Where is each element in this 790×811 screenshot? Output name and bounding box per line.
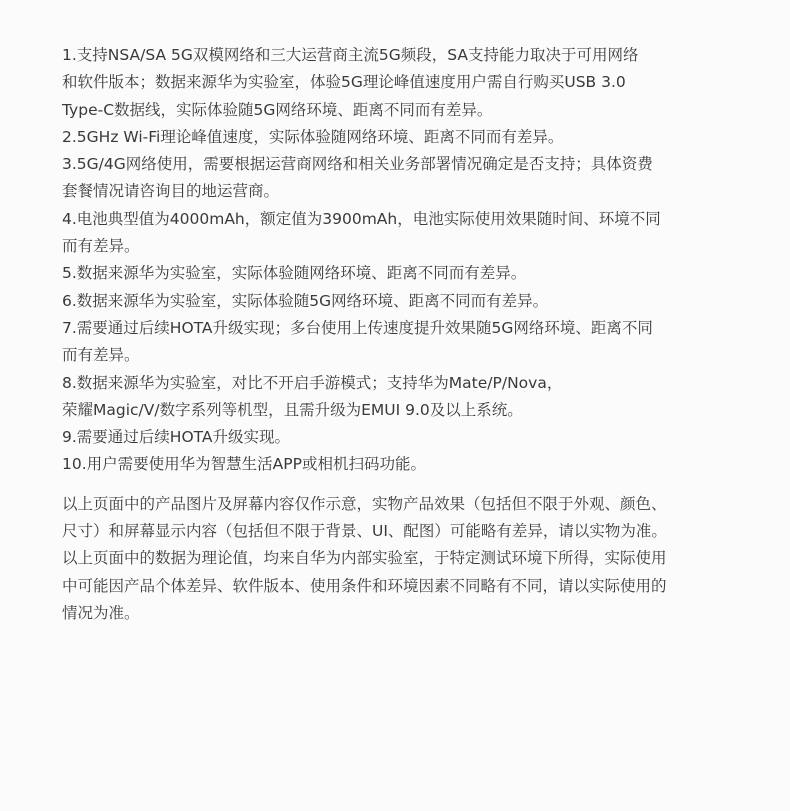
- footnote-line: 荣耀Magic/V/数字系列等机型，且需升级为EMUI 9.0及以上系统。: [78, 397, 742, 424]
- footnote-line: 1.支持NSA/SA 5G双模网络和三大运营商主流5G频段，SA支持能力取决于可…: [78, 42, 742, 69]
- disclaimer-line: 中可能因产品个体差异、软件版本、使用条件和环境因素不同略有不同，请以实际使用的: [62, 573, 742, 600]
- disclaimer-line: 情况为准。: [62, 600, 742, 627]
- disclaimer-paragraph: 以上页面中的产品图片及屏幕内容仅作示意，实物产品效果（包括但不限于外观、颜色、 …: [62, 491, 742, 627]
- footnote-line: 6.数据来源华为实验室，实际体验随5G网络环境、距离不同而有差异。: [78, 288, 742, 315]
- footnote-line: 而有差异。: [78, 233, 742, 260]
- footnote-10: 10.用户需要使用华为智慧生活APP或相机扫码功能。: [62, 451, 742, 478]
- footnote-line: 3.5G/4G网络使用，需要根据运营商网络和相关业务部署情况确定是否支持；具体资…: [78, 151, 742, 178]
- footnote-line: 4.电池典型值为4000mAh，额定值为3900mAh，电池实际使用效果随时间、…: [78, 206, 742, 233]
- footnote-line: 2.5GHz Wi-Fi理论峰值速度，实际体验随网络环境、距离不同而有差异。: [78, 124, 742, 151]
- footnote-line: 而有差异。: [78, 342, 742, 369]
- footnote-line: 8.数据来源华为实验室，对比不开启手游模式；支持华为Mate/P/Nova，: [78, 370, 742, 397]
- footnote-list: 1.支持NSA/SA 5G双模网络和三大运营商主流5G频段，SA支持能力取决于可…: [62, 42, 742, 479]
- footnote-2: 2.5GHz Wi-Fi理论峰值速度，实际体验随网络环境、距离不同而有差异。: [62, 124, 742, 151]
- footnote-7: 7.需要通过后续HOTA升级实现；多台使用上传速度提升效果随5G网络环境、距离不…: [62, 315, 742, 370]
- footnote-9: 9.需要通过后续HOTA升级实现。: [62, 424, 742, 451]
- footnote-line: Type-C数据线，实际体验随5G网络环境、距离不同而有差异。: [78, 97, 742, 124]
- footnote-1: 1.支持NSA/SA 5G双模网络和三大运营商主流5G频段，SA支持能力取决于可…: [62, 42, 742, 124]
- footnotes-section: 1.支持NSA/SA 5G双模网络和三大运营商主流5G频段，SA支持能力取决于可…: [62, 42, 742, 627]
- footnote-line: 和软件版本；数据来源华为实验室，体验5G理论峰值速度用户需自行购买USB 3.0: [78, 69, 742, 96]
- footnote-line: 9.需要通过后续HOTA升级实现。: [78, 424, 742, 451]
- footnote-line: 5.数据来源华为实验室，实际体验随网络环境、距离不同而有差异。: [78, 260, 742, 287]
- disclaimer-line: 以上页面中的产品图片及屏幕内容仅作示意，实物产品效果（包括但不限于外观、颜色、: [62, 491, 742, 518]
- footnote-line: 套餐情况请咨询目的地运营商。: [78, 178, 742, 205]
- disclaimer-line: 以上页面中的数据为理论值，均来自华为内部实验室，于特定测试环境下所得，实际使用: [62, 545, 742, 572]
- footnote-4: 4.电池典型值为4000mAh，额定值为3900mAh，电池实际使用效果随时间、…: [62, 206, 742, 261]
- footnote-line: 10.用户需要使用华为智慧生活APP或相机扫码功能。: [78, 451, 742, 478]
- footnote-8: 8.数据来源华为实验室，对比不开启手游模式；支持华为Mate/P/Nova， 荣…: [62, 370, 742, 425]
- footnote-5: 5.数据来源华为实验室，实际体验随网络环境、距离不同而有差异。: [62, 260, 742, 287]
- footnote-6: 6.数据来源华为实验室，实际体验随5G网络环境、距离不同而有差异。: [62, 288, 742, 315]
- footnote-line: 7.需要通过后续HOTA升级实现；多台使用上传速度提升效果随5G网络环境、距离不…: [78, 315, 742, 342]
- footnote-3: 3.5G/4G网络使用，需要根据运营商网络和相关业务部署情况确定是否支持；具体资…: [62, 151, 742, 206]
- disclaimer-line: 尺寸）和屏幕显示内容（包括但不限于背景、UI、配图）可能略有差异，请以实物为准。: [62, 518, 742, 545]
